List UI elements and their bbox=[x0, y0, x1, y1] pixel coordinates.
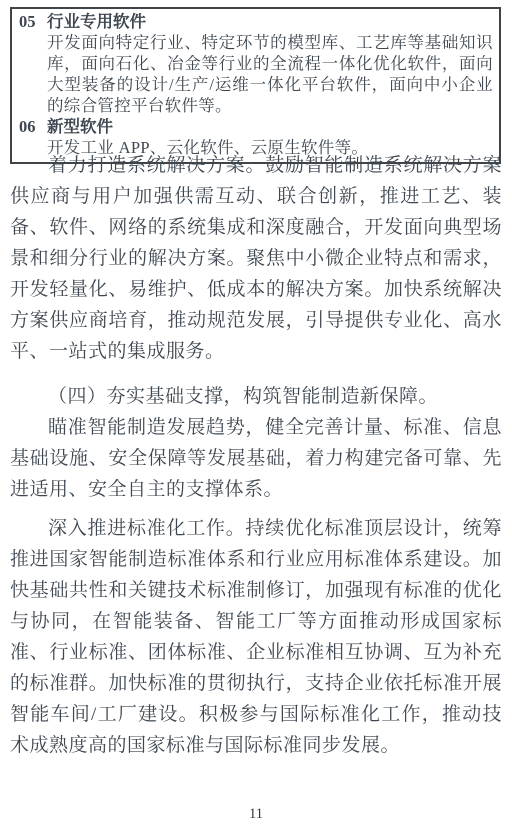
table-row: 05 行业专用软件 开发面向特定行业、特定环节的模型库、工艺库等基础知识库，面向… bbox=[19, 11, 493, 116]
category-description: 开发面向特定行业、特定环节的模型库、工艺库等基础知识库，面向石化、冶金等行业的全… bbox=[47, 32, 493, 116]
paragraph-solutions: 着力打造系统解决方案。鼓励智能制造系统解决方案供应商与用户加强供需互动、联合创新… bbox=[10, 150, 502, 367]
category-title: 行业专用软件 bbox=[47, 11, 493, 32]
software-category-table: 05 行业专用软件 开发面向特定行业、特定环节的模型库、工艺库等基础知识库，面向… bbox=[10, 7, 501, 164]
category-row-header: 06 新型软件 bbox=[19, 116, 493, 137]
category-title: 新型软件 bbox=[47, 116, 493, 137]
paragraph-standardization: 深入推进标准化工作。持续优化标准顶层设计，统筹推进国家智能制造标准体系和行业应用… bbox=[10, 513, 502, 761]
category-row-header: 05 行业专用软件 bbox=[19, 11, 493, 32]
body-text: 着力打造系统解决方案。鼓励智能制造系统解决方案供应商与用户加强供需互动、联合创新… bbox=[10, 150, 502, 761]
section-heading-4: （四）夯实基础支撑，构筑智能制造新保障。 bbox=[10, 381, 502, 412]
category-number: 05 bbox=[19, 11, 47, 32]
paragraph-foundation: 瞄准智能制造发展趋势，健全完善计量、标准、信息基础设施、安全保障等发展基础，着力… bbox=[10, 412, 502, 505]
document-page: 05 行业专用软件 开发面向特定行业、特定环节的模型库、工艺库等基础知识库，面向… bbox=[0, 0, 512, 839]
category-number: 06 bbox=[19, 116, 47, 137]
page-number: 11 bbox=[0, 806, 512, 823]
